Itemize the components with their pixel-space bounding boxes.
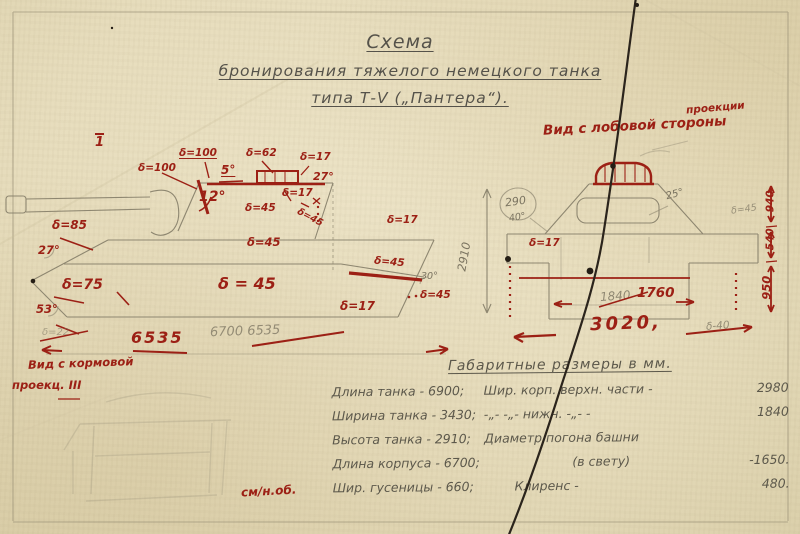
armor-label: δ=62 [246, 148, 277, 159]
table-cell: Шир. гусеницы - 660; [333, 479, 485, 496]
angle-label: 53° [36, 304, 58, 316]
rear-view-note-line1: Вид с кормовой [28, 356, 134, 371]
table-cell: Длина корпуса - 6700; [332, 455, 484, 472]
table-row: Длина танка - 6900; Шир. корп. верхн. ча… [332, 380, 789, 400]
page-marker: 1 [95, 133, 104, 149]
height-dim-540: 540 [766, 228, 777, 250]
armor-label-big: δ = 45 [218, 276, 276, 292]
armor-label: δ=17 [340, 300, 375, 312]
dimensions-table: Габаритные размеры в мм. Длина танка - 6… [331, 355, 789, 496]
see-reverse-note: см/н.об. [241, 484, 297, 499]
table-row: Ширина танка - 3430; -„- -„- нижн. -„- -… [332, 404, 789, 424]
length-value-red: 6535 [131, 330, 184, 346]
armor-label: δ=45 [245, 203, 276, 214]
scanned-page: 1 Схема бронирования тяжелого немецкого … [0, 0, 800, 534]
armor-label: δ=45 [295, 207, 324, 228]
table-cell: Шир. корп. верхн. части - [484, 380, 739, 398]
armor-label-pencil: δ=45 [730, 203, 757, 216]
page-title-line3: типа Т-V („Пантера“). [240, 91, 580, 107]
armor-label: δ=17 [387, 215, 418, 226]
table-header: Габаритные размеры в мм. [331, 355, 788, 376]
width-value-red: 1760 [637, 287, 675, 301]
table-cell: -1650. [739, 452, 789, 468]
circled-note: 290 [504, 195, 526, 209]
angle-label: 27° [38, 245, 60, 257]
table-cell: Высота танка - 2910; [332, 431, 484, 448]
table-cell: Длина танка - 6900; [332, 383, 484, 400]
armor-label: δ=100 [179, 148, 217, 159]
overall-width-value: 3020, [590, 314, 663, 334]
table-cell: 2980 [739, 380, 789, 396]
table-row: Длина корпуса - 6700; (в свету) -1650. [332, 452, 789, 472]
height-value-pencil: 2910 [456, 241, 472, 272]
angle-label: 12° [199, 190, 225, 204]
page-title-line1: Схема [300, 33, 500, 52]
front-view-heading-superscript: проекции [686, 100, 745, 116]
armor-label: δ=75 [62, 278, 103, 292]
height-dim-940: 940 [766, 190, 777, 212]
crossed-armor-label: δ-40 [706, 320, 730, 332]
armor-label: δ=45 [374, 256, 405, 269]
table-cell: 480. [740, 476, 790, 492]
angle-label: 5° [221, 164, 235, 176]
angle-label: 30° [421, 272, 438, 282]
table-cell: (в свету) [484, 452, 739, 470]
table-cell: 1840 [739, 404, 789, 420]
table-cell: -„- -„- нижн. -„- - [484, 404, 739, 422]
armor-label: δ=100 [138, 163, 176, 174]
table-cell [739, 440, 789, 441]
table-row: Высота танка - 2910; Диаметр погона башн… [332, 428, 789, 448]
width-value-pencil: 1840 [600, 289, 631, 303]
angle-label: 40° [508, 212, 526, 224]
table-cell: Клиренс - [485, 476, 740, 494]
table-cell: Диаметр погона башни [484, 428, 739, 446]
page-title-line2: бронирования тяжелого немецкого танка [150, 64, 670, 80]
table-cell: Ширина танка - 3430; [332, 407, 484, 424]
rear-view-note-line2: проекц. III [12, 380, 81, 392]
front-view-heading: Вид с лобовой стороны [543, 115, 727, 138]
angle-label: 27° [313, 171, 334, 182]
armor-label: δ=17 [282, 188, 313, 199]
armor-label: δ=45 [420, 290, 451, 301]
armor-label: δ=17 [529, 238, 560, 249]
length-value-pencil: 6700 6535 [210, 324, 281, 339]
armor-label: δ=45 [247, 237, 281, 249]
angle-label: 25° [665, 188, 685, 202]
height-dim-950: 950 [761, 276, 773, 300]
armor-label: δ=17 [300, 152, 331, 163]
crossed-armor-label: δ=22 [42, 328, 69, 338]
armor-label: δ=85 [52, 219, 87, 231]
